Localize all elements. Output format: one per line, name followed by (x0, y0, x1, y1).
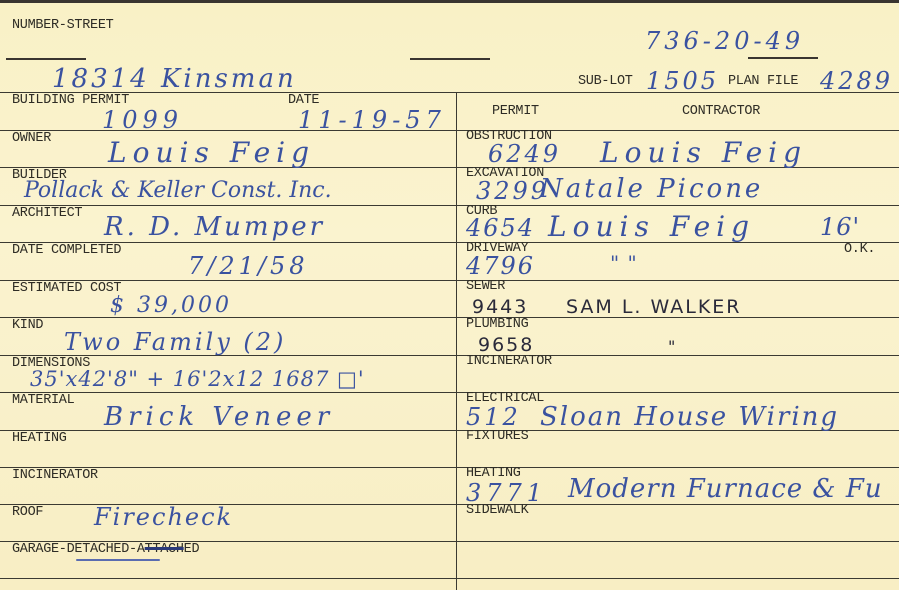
material-label: MATERIAL (12, 394, 74, 408)
architect-label: ARCHITECT (12, 207, 82, 221)
row-rule (0, 205, 899, 206)
parcel-underline (748, 57, 818, 59)
curb-note: 16' (820, 214, 860, 240)
address-value: 18314 Kinsman (52, 66, 297, 92)
driveway-ok-note: O.K. (844, 243, 875, 257)
heating-contractor: Modern Furnace & Fu (568, 476, 883, 502)
obstruction-permit: 6249 (488, 141, 561, 167)
incinerator-permit-label: INCINERATOR (466, 355, 552, 369)
sewer-contractor: SAM L. WALKER (566, 294, 742, 320)
estimated-cost-value: $ 39,000 (110, 293, 232, 319)
garage-detached-option: DETACHED (67, 542, 129, 557)
plan-file-label: PLAN FILE (728, 75, 798, 89)
plumbing-contractor-ditto: " (668, 334, 677, 360)
permit-column-header: PERMIT (492, 105, 539, 119)
electrical-permit: 512 (466, 404, 521, 430)
plumbing-label: PLUMBING (466, 318, 528, 332)
date-value: 11-19-57 (298, 107, 446, 133)
contractor-column-header: CONTRACTOR (682, 105, 760, 119)
row-rule (0, 242, 899, 243)
roof-value: Firecheck (94, 504, 233, 530)
curb-contractor: Louis Feig (548, 214, 755, 240)
sidewalk-label: SIDEWALK (466, 504, 528, 518)
heating-label: HEATING (12, 432, 67, 446)
sub-lot-value: 1505 (646, 68, 719, 94)
plan-file-value: 4289 (820, 68, 893, 94)
sewer-label: SEWER (466, 280, 505, 294)
garage-label: GARAGE-DETACHED-ATTACHED (12, 543, 199, 557)
architect-value: R. D. Mumper (104, 214, 325, 240)
kind-label: KIND (12, 319, 43, 333)
curb-permit: 4654 (466, 215, 535, 241)
estimated-cost-label: ESTIMATED COST (12, 282, 121, 296)
owner-label: OWNER (12, 132, 51, 146)
column-divider (456, 92, 457, 590)
row-rule (0, 280, 899, 281)
material-value: Brick Veneer (104, 404, 334, 430)
number-street-label: NUMBER-STREET (12, 19, 113, 33)
garage-separator: -A (129, 542, 145, 557)
dimensions-value: 35'x42'8" + 16'2x12 1687 □' (30, 366, 365, 392)
header-rule-mid (410, 58, 490, 60)
garage-attached-struck: TTACH (145, 542, 184, 557)
detached-underline-mark (76, 559, 160, 561)
parcel-number-value: 736-20-49 (645, 28, 804, 54)
header-rule-left (6, 58, 86, 60)
driveway-permit: 4796 (466, 253, 535, 279)
driveway-contractor-ditto: " " (610, 250, 638, 276)
building-permit-value: 1099 (102, 107, 183, 133)
date-completed-label: DATE COMPLETED (12, 244, 121, 258)
kind-value: Two Family (2) (64, 329, 286, 355)
excavation-contractor: Natale Picone (540, 176, 763, 202)
row-rule (0, 92, 899, 93)
card-top-edge (0, 0, 899, 3)
row-rule (0, 392, 899, 393)
sub-lot-label: SUB-LOT (578, 75, 633, 89)
obstruction-contractor: Louis Feig (600, 140, 807, 166)
garage-prefix: GARAGE- (12, 542, 67, 557)
row-rule (0, 467, 899, 468)
builder-value: Pollack & Keller Const. Inc. (24, 178, 332, 204)
permit-index-card: NUMBER-STREET 18314 Kinsman 736-20-49 SU… (0, 0, 899, 590)
fixtures-label: FIXTURES (466, 430, 528, 444)
owner-value: Louis Feig (108, 140, 315, 166)
roof-label: ROOF (12, 506, 43, 520)
row-rule (0, 578, 899, 579)
incinerator-label: INCINERATOR (12, 469, 98, 483)
garage-suffix: ED (184, 542, 200, 557)
date-completed-value: 7/21/58 (188, 253, 309, 279)
electrical-contractor: Sloan House Wiring (540, 404, 839, 430)
excavation-permit: 3299 (476, 178, 549, 204)
